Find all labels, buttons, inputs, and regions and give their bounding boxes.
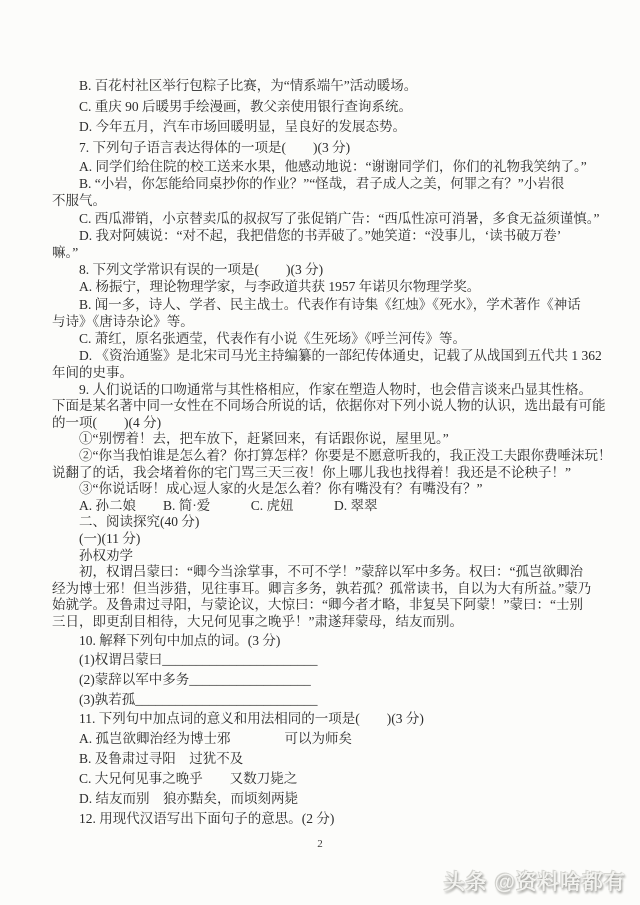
passage-line-2: 经为博士邪！但当涉猎，见往事耳。卿言多务，孰若孤？孤常读书，自以为大有所益。”蒙… <box>52 581 614 598</box>
q10-blank-3: (3)孰若孤___________________________ <box>52 690 614 710</box>
q8-option-c: C. 萧红，原名张迺莹，代表作有小说《生死场》《呼兰河传》等。 <box>52 330 614 347</box>
q10-blank-1: (1)权谓吕蒙曰_______________________ <box>52 650 614 670</box>
q9-quote-1: ①“别愣着！去，把车放下，赶紧回来，有话跟你说，屋里见。” <box>52 431 614 448</box>
q6-option-c: C. 重庆 90 后暖男手绘漫画，教父亲使用银行查询系统。 <box>52 97 614 118</box>
q12-stem: 12. 用现代汉语写出下面句子的意思。(2 分) <box>52 809 614 829</box>
q7-option-b-cont: 不服气。 <box>52 192 614 209</box>
q9-quote-3: ③“你说话呀！成心逗人家的火是怎么着？你有嘴没有？有嘴没有？” <box>52 481 614 498</box>
question-9-and-passage-block: 9. 人们说话的口吻通常与其性格相应，作家在塑造人物时，也会借言谈来凸显其性格。… <box>52 382 614 631</box>
page-number: 2 <box>0 838 640 850</box>
q11-option-c: C. 大兄何见事之晚乎 又数刀毙之 <box>52 769 614 789</box>
q9-quote-2-cont: 说翻了的话，我会堵着你的宅门骂三天三夜！你上哪儿我也找得着！我还是不论秧子！” <box>52 465 614 482</box>
q9-quote-2: ②“你当我怕谁是怎么着？你打算怎样？你要是不愿意听我的，我正没工夫跟你费唾沫玩！ <box>52 448 614 465</box>
q8-option-d-cont: 年间的史事。 <box>52 364 614 381</box>
q7-stem: 7. 下列句子语言表达得体的一项是( )(3 分) <box>52 138 614 159</box>
toutiao-watermark: 头条 @资料啥都有 <box>444 866 626 896</box>
passage-line-1: 初，权谓吕蒙曰：“卿今当涂掌事，不可不学！”蒙辞以军中多务。权曰：“孤岂欲卿治 <box>52 564 614 581</box>
q7-option-d: D. 我对阿姨说：“对不起，我把借您的书弄破了。”她笑道：“没事儿，‘读书破万卷… <box>52 227 614 244</box>
q11-stem: 11. 下列句中加点词的意义和用法相同的一项是( )(3 分) <box>52 709 614 729</box>
q7-option-d-cont: 嘛。” <box>52 244 614 261</box>
section-2-heading: 二、阅读探究(40 分) <box>52 514 614 531</box>
passage-line-3: 始就学。及鲁肃过寻阳，与蒙论议，大惊曰：“卿今者才略，非复吴下阿蒙！”蒙曰：“士… <box>52 597 614 614</box>
q9-stem: 9. 人们说话的口吻通常与其性格相应，作家在塑造人物时，也会借言谈来凸显其性格。 <box>52 382 614 399</box>
q8-stem: 8. 下列文学常识有误的一项是( )(3 分) <box>52 261 614 278</box>
q8-option-d: D. 《资治通鉴》是北宋司马光主持编纂的一部纪传体通史，记载了从战国到五代共 1… <box>52 347 614 364</box>
q10-stem: 10. 解释下列句中加点的词。(3 分) <box>52 631 614 651</box>
q7-option-b: B. “小岩，你怎能给同桌抄你的作业？”“怪哉，君子成人之美，何罪之有？”小岩很 <box>52 175 614 192</box>
scanned-exam-page: B. 百花村社区举行包粽子比赛，为“情系端午”活动暖场。 C. 重庆 90 后暖… <box>0 0 640 905</box>
exam-body: B. 百花村社区举行包粽子比赛，为“情系端午”活动暖场。 C. 重庆 90 后暖… <box>52 76 614 829</box>
question-6-options-and-q7-stem: B. 百花村社区举行包粽子比赛，为“情系端午”活动暖场。 C. 重庆 90 后暖… <box>52 76 614 158</box>
question-7-8-block: A. 同学们给住院的校工送来水果，他感动地说：“谢谢同学们，你们的礼物我笑纳了。… <box>52 158 614 382</box>
q8-option-a: A. 杨振宁，理论物理学家，与李政道共获 1957 年诺贝尔物理学奖。 <box>52 278 614 295</box>
passage-line-4: 三日，即更刮目相待，大兄何见事之晚乎！”肃遂拜蒙母，结友而别。 <box>52 614 614 631</box>
question-10-block: 10. 解释下列句中加点的词。(3 分) (1)权谓吕蒙曰___________… <box>52 631 614 710</box>
part-1-heading: (一)(11 分) <box>52 531 614 548</box>
q10-blank-2: (2)蒙辞以军中多务__________________ <box>52 670 614 690</box>
q6-option-d: D. 今年五月，汽车市场回暖明显，呈良好的发展态势。 <box>52 117 614 138</box>
question-11-12-block: 11. 下列句中加点词的意义和用法相同的一项是( )(3 分) A. 孤岂欲卿治… <box>52 709 614 829</box>
q11-option-b: B. 及鲁肃过寻阳 过犹不及 <box>52 749 614 769</box>
q8-option-b: B. 闻一多，诗人、学者、民主战士。代表作有诗集《红烛》《死水》，学术著作《神话 <box>52 296 614 313</box>
q7-option-a: A. 同学们给住院的校工送来水果，他感动地说：“谢谢同学们，你们的礼物我笑纳了。… <box>52 158 614 175</box>
q6-option-b: B. 百花村社区举行包粽子比赛，为“情系端午”活动暖场。 <box>52 76 614 97</box>
q11-option-d: D. 结友而别 狼亦黠矣，而顷刻两毙 <box>52 789 614 809</box>
q7-option-c: C. 西瓜滞销，小京替卖瓜的叔叔写了张促销广告：“西瓜性凉可消暑，多食无益须谨慎… <box>52 210 614 227</box>
passage-title: 孙权劝学 <box>52 548 614 565</box>
q9-options-row: A. 孙二娘 B. 简·爱 C. 虎妞 D. 翠翠 <box>52 498 614 515</box>
q9-stem-cont-1: 下面是某名著中同一女性在不同场合所说的话，依据你对下列小说人物的认识，选出最有可… <box>52 398 614 415</box>
q11-option-a: A. 孤岂欲卿治经为博士邪 可以为师矣 <box>52 729 614 749</box>
q9-stem-cont-2: 的一项( )(4 分) <box>52 415 614 432</box>
q8-option-b-cont: 与诗》《唐诗杂论》等。 <box>52 313 614 330</box>
